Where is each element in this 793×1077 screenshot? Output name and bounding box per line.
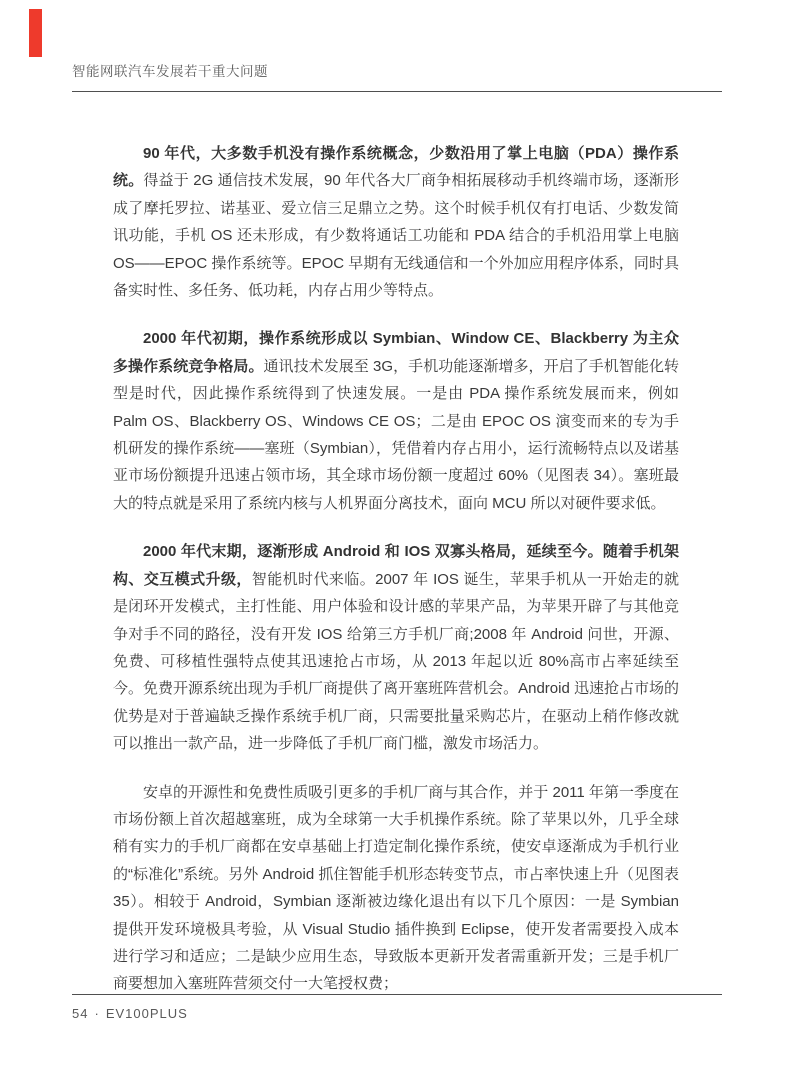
paragraph-3-text: 智能机时代来临。2007 年 IOS 诞生，苹果手机从一开始走的就是闭环开发模式… (113, 571, 679, 752)
document-page: 智能网联汽车发展若干重大问题 90 年代，大多数手机没有操作系统概念，少数沿用了… (0, 0, 793, 1077)
page-header: 智能网联汽车发展若干重大问题 (72, 63, 722, 92)
footer-line: 54·EV100PLUS (72, 1006, 722, 1021)
footer-separator: · (94, 1006, 99, 1021)
page-title: 智能网联汽车发展若干重大问题 (72, 63, 722, 81)
document-body: 90 年代，大多数手机没有操作系统概念，少数沿用了掌上电脑（PDA）操作系统。得… (113, 140, 679, 1019)
paragraph-1: 90 年代，大多数手机没有操作系统概念，少数沿用了掌上电脑（PDA）操作系统。得… (113, 140, 679, 304)
paragraph-3: 2000 年代末期，逐渐形成 Android 和 IOS 双寡头格局，延续至今。… (113, 538, 679, 757)
paragraph-2: 2000 年代初期，操作系统形成以 Symbian、Window CE、Blac… (113, 325, 679, 517)
paragraph-4-text: 安卓的开源性和免费性质吸引更多的手机厂商与其合作，并于 2011 年第一季度在市… (113, 784, 679, 993)
page-footer: 54·EV100PLUS (72, 994, 722, 1021)
header-rule (72, 91, 722, 92)
page-number: 54 (72, 1006, 88, 1021)
brand-label: EV100PLUS (106, 1006, 188, 1021)
paragraph-2-text: 通讯技术发展至 3G，手机功能逐渐增多，开启了手机智能化转型是时代，因此操作系统… (113, 358, 679, 512)
paragraph-1-text: 得益于 2G 通信技术发展，90 年代各大厂商争相拓展移动手机终端市场，逐渐形成… (113, 172, 679, 299)
bookmark-ribbon (29, 9, 42, 57)
paragraph-4: 安卓的开源性和免费性质吸引更多的手机厂商与其合作，并于 2011 年第一季度在市… (113, 779, 679, 998)
